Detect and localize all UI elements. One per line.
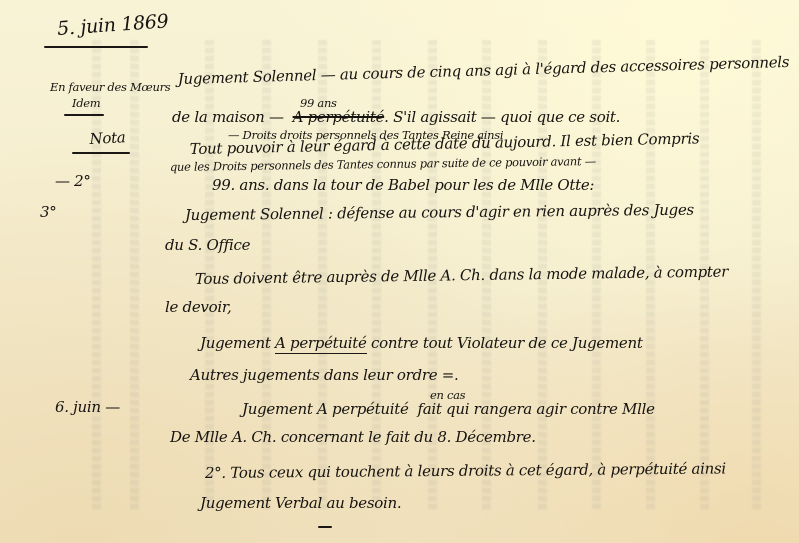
text-line-12: Autres jugements dans leur ordre =.	[190, 366, 458, 384]
text-line-11-underlined: A perpétuité	[275, 334, 367, 354]
date-underline	[44, 46, 148, 48]
text-line-11-start: Jugement	[200, 334, 271, 352]
text-line-11: Jugement A perpétuité contre tout Violat…	[200, 334, 643, 352]
margin-note-idem: Idem	[72, 96, 100, 110]
text-line-16: Jugement Verbal au besoin.	[200, 494, 401, 512]
margin-date-6-juin: 6. juin —	[55, 398, 120, 416]
date-heading: 5. juin 1869	[56, 10, 169, 40]
margin-note-nota: Nota	[89, 128, 126, 148]
text-line-13: Jugement A perpétuité fait qui rangera a…	[242, 400, 655, 418]
text-line-6: 99. ans. dans la tour de Babel pour les …	[212, 176, 594, 194]
closing-dash	[318, 526, 332, 528]
text-line-14: De Mlle A. Ch. concernant le fait du 8. …	[170, 428, 536, 446]
margin-item-3: 3°	[40, 203, 56, 221]
text-line-2-start: de la maison —	[172, 108, 284, 126]
text-line-2: de la maison — A perpétuité. S'il agissa…	[172, 108, 620, 126]
text-line-10: le devoir,	[165, 298, 232, 316]
bleed-through-column	[752, 40, 761, 510]
text-line-2-struck: A perpétuité	[293, 108, 385, 126]
nota-underline	[72, 152, 130, 154]
idem-underline	[64, 114, 104, 116]
text-line-13-end: fait qui rangera agir contre Mlle	[417, 400, 654, 418]
margin-note-en-faveur: En faveur des Mœurs	[50, 80, 170, 94]
bleed-through-column	[92, 40, 101, 510]
manuscript-page: 5. juin 1869 En faveur des Mœurs Idem No…	[0, 0, 799, 543]
text-line-2-end: . S'il agissait — quoi que ce soit.	[384, 108, 620, 126]
text-line-13-start: Jugement A perpétuité	[242, 400, 409, 418]
text-line-8: du S. Office	[165, 236, 250, 254]
text-line-11-end: contre tout Violateur de ce Jugement	[371, 334, 643, 352]
margin-item-2: — 2°	[55, 172, 91, 190]
bleed-through-column	[130, 40, 139, 510]
